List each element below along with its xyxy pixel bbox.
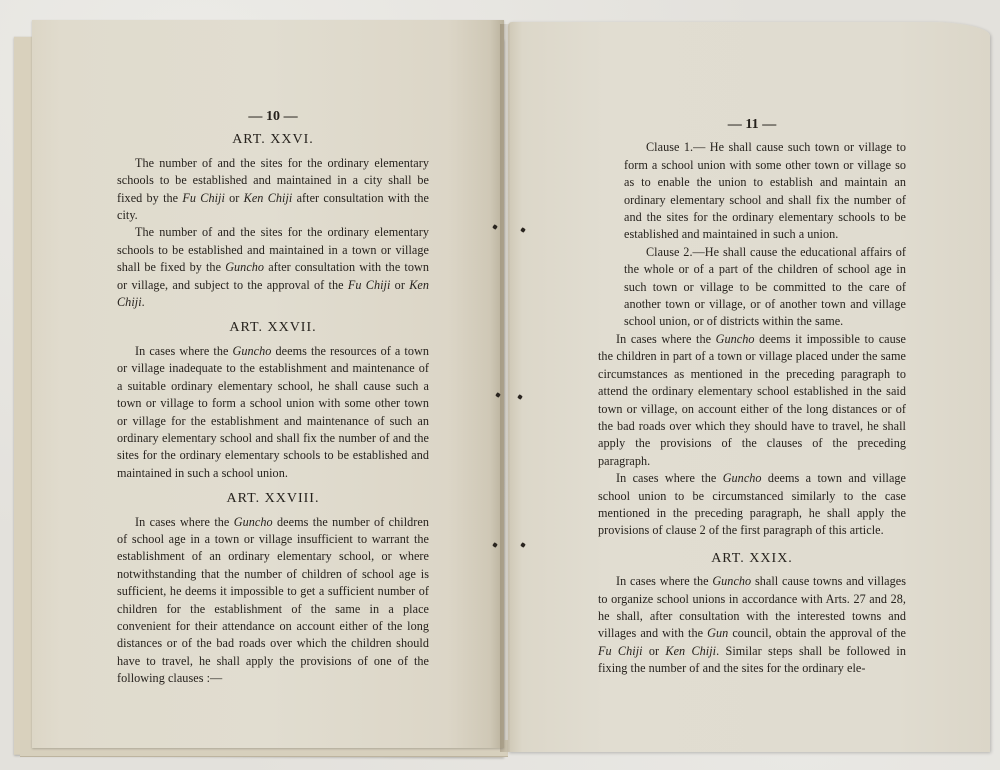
paragraph: In cases where the Guncho deems it impos… xyxy=(598,331,906,470)
page-number: — 11 — xyxy=(598,116,906,133)
book-gutter xyxy=(500,24,510,752)
paragraph: In cases where the Guncho deems the reso… xyxy=(117,343,429,482)
paragraph: In cases where the Guncho deems a town a… xyxy=(598,470,906,540)
article-heading: ART. XXVII. xyxy=(117,319,429,336)
left-page-text: — 10 — ART. XXVI. The number of and the … xyxy=(117,108,429,688)
page-number: — 10 — xyxy=(117,108,429,125)
right-page-text: — 11 — Clause 1.— He shall cause such to… xyxy=(598,116,906,678)
paragraph: In cases where the Guncho deems the numb… xyxy=(117,514,429,688)
clause-2: Clause 2.—He shall cause the educational… xyxy=(624,244,906,331)
paragraph: In cases where the Guncho shall cause to… xyxy=(598,573,906,677)
clause-1: Clause 1.— He shall cause such town or v… xyxy=(624,139,906,243)
article-heading: ART. XXVI. xyxy=(117,131,429,148)
paragraph: The number of and the sites for the ordi… xyxy=(117,155,429,225)
clause-list: Clause 1.— He shall cause such town or v… xyxy=(598,139,906,330)
paragraph: The number of and the sites for the ordi… xyxy=(117,224,429,311)
article-heading: ART. XXVIII. xyxy=(117,490,429,507)
article-heading: ART. XXIX. xyxy=(598,550,906,567)
